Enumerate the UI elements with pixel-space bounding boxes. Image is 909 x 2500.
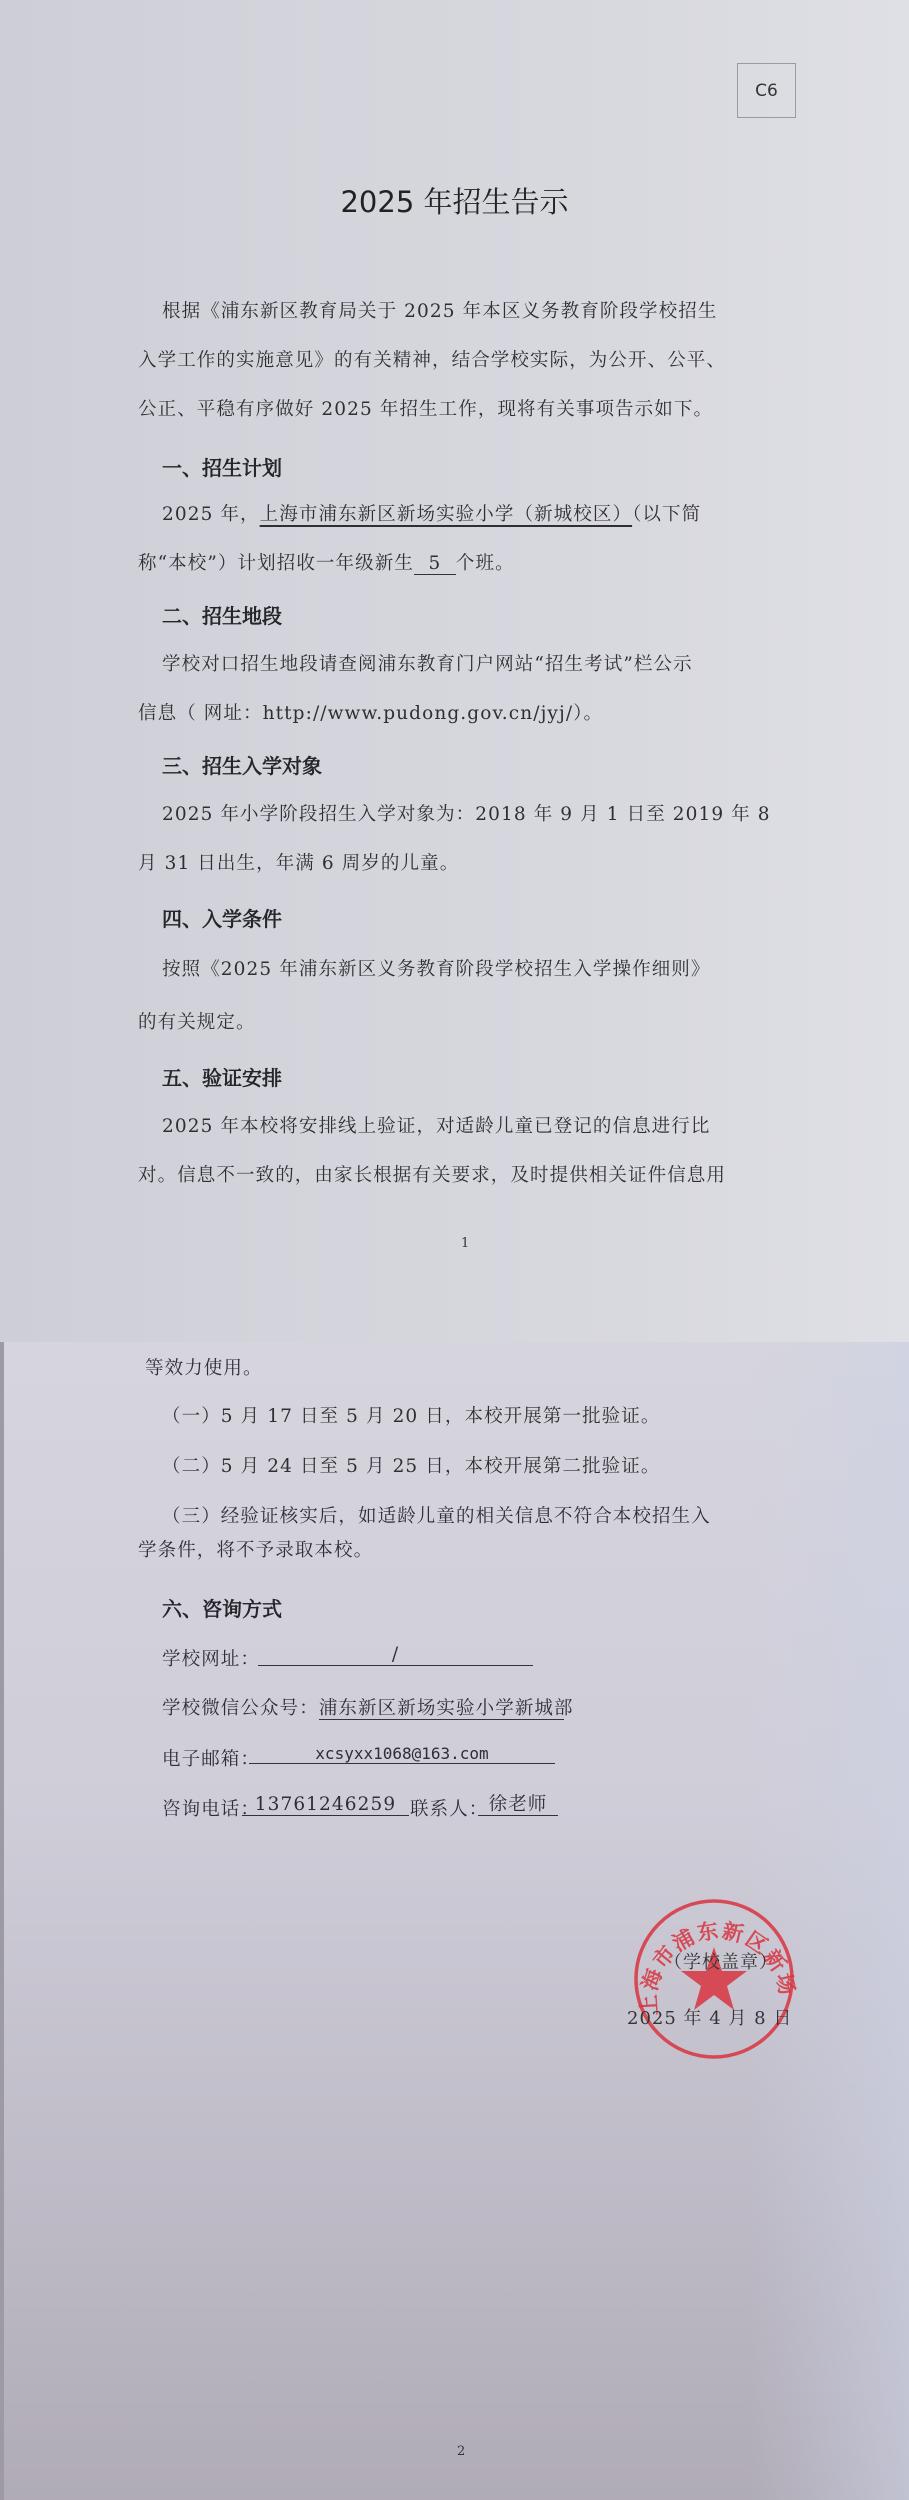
section-1-prefix: 2025 年， bbox=[162, 504, 260, 525]
page-number-2: 2 bbox=[457, 2444, 465, 2459]
section-3-line-1: 2025 年小学阶段招生入学对象为：2018 年 9 月 1 日至 2019 年… bbox=[162, 800, 771, 826]
wechat-row: 学校微信公众号：浦东新区新场实验小学新城部 bbox=[162, 1694, 564, 1720]
section-6-heading: 六、咨询方式 bbox=[162, 1593, 282, 1622]
section-1-line-1: 2025 年，上海市浦东新区新场实验小学（新城校区）（以下简 bbox=[162, 500, 701, 526]
signature-date: 2025 年 4 月 8 日 bbox=[627, 2004, 792, 2030]
verification-item-3: （三）经验证核实后，如适龄儿童的相关信息不符合本校招生入 bbox=[162, 1502, 711, 1528]
website-value: / bbox=[258, 1645, 533, 1666]
verification-item-2: （二）5 月 24 日至 5 月 25 日，本校开展第二批验证。 bbox=[162, 1452, 661, 1478]
document-code-box: C6 bbox=[737, 63, 796, 118]
page-2-edge bbox=[0, 1342, 4, 2500]
section-1-line2-suffix: 个班。 bbox=[456, 553, 515, 574]
contact-label: 联系人： bbox=[410, 1795, 488, 1821]
section-1-heading: 一、招生计划 bbox=[162, 452, 282, 481]
section-4-line-2: 的有关规定。 bbox=[138, 1008, 256, 1034]
document-title: 2025 年招生告示 bbox=[0, 180, 909, 221]
intro-line-2: 入学工作的实施意见》的有关精神，结合学校实际，为公开、公平、 bbox=[138, 346, 726, 372]
section-5-continued: 等效力使用。 bbox=[145, 1354, 263, 1380]
email-label: 电子邮箱： bbox=[162, 1749, 260, 1770]
section-5-line-2: 对。信息不一致的，由家长根据有关要求，及时提供相关证件信息用 bbox=[138, 1161, 726, 1187]
website-label: 学校网址： bbox=[162, 1649, 260, 1670]
section-2-line-2: 信息（ 网址：http://www.pudong.gov.cn/jyj/）。 bbox=[138, 699, 603, 725]
intro-line-1: 根据《浦东新区教育局关于 2025 年本区义务教育阶段学校招生 bbox=[162, 297, 717, 323]
class-count: 5 bbox=[414, 554, 456, 575]
section-1-suffix: （以下简 bbox=[632, 504, 701, 525]
website-row: 学校网址： / bbox=[162, 1645, 260, 1671]
phone-value: 13761246259 bbox=[242, 1795, 409, 1816]
wechat-label: 学校微信公众号： bbox=[162, 1698, 319, 1719]
section-3-heading: 三、招生入学对象 bbox=[162, 750, 322, 779]
school-name: 上海市浦东新区新场实验小学（新城校区） bbox=[260, 504, 632, 525]
email-row: 电子邮箱： xcsyxx1068@163.com bbox=[162, 1745, 260, 1771]
school-seal-icon: 上海市浦东新区新场实验小学 bbox=[630, 1895, 798, 2063]
section-2-line-1: 学校对口招生地段请查阅浦东教育门户网站“招生考试”栏公示 bbox=[162, 650, 693, 676]
section-4-heading: 四、入学条件 bbox=[162, 903, 282, 932]
section-5-line-1: 2025 年本校将安排线上验证，对适龄儿童已登记的信息进行比 bbox=[162, 1112, 710, 1138]
section-1-line2-prefix: 称“本校”）计划招收一年级新生 bbox=[138, 553, 414, 574]
verification-item-3-continued: 学条件，将不予录取本校。 bbox=[138, 1536, 373, 1562]
document-code-label: C6 bbox=[755, 81, 778, 101]
section-4-line-1: 按照《2025 年浦东新区义务教育阶段学校招生入学操作细则》 bbox=[162, 955, 710, 981]
section-5-heading: 五、验证安排 bbox=[162, 1062, 282, 1091]
contact-value: 徐老师 bbox=[478, 1795, 558, 1816]
verification-item-1: （一）5 月 17 日至 5 月 20 日，本校开展第一批验证。 bbox=[162, 1402, 661, 1428]
page-number-1: 1 bbox=[461, 1236, 469, 1251]
email-value: xcsyxx1068@163.com bbox=[249, 1745, 555, 1764]
wechat-value: 浦东新区新场实验小学新城部 bbox=[319, 1699, 564, 1720]
section-1-line-2: 称“本校”）计划招收一年级新生5个班。 bbox=[138, 549, 515, 575]
stamp-label: （学校盖章） bbox=[664, 1948, 778, 1974]
phone-row: 咨询电话： 13761246259 联系人： 徐老师 bbox=[162, 1795, 260, 1821]
section-3-line-2: 月 31 日出生，年满 6 周岁的儿童。 bbox=[138, 849, 459, 875]
section-2-heading: 二、招生地段 bbox=[162, 600, 282, 629]
intro-line-3: 公正、平稳有序做好 2025 年招生工作，现将有关事项告示如下。 bbox=[138, 395, 713, 421]
